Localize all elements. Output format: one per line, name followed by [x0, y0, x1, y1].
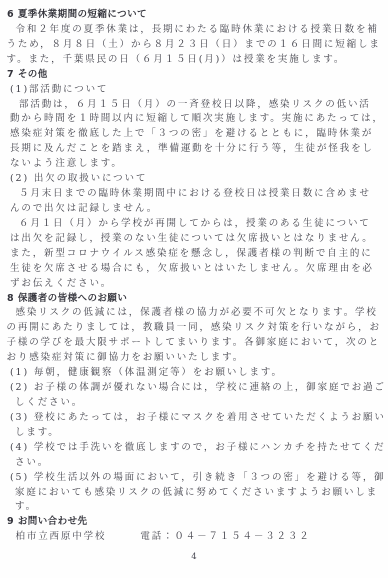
text-line: (1) 毎朝，健康観察（体温測定等）をお願いします。 — [0, 366, 388, 381]
page-number: 4 — [0, 552, 388, 562]
text-line: 家庭においても感染リスクの低減に努めてくださいますようお願いしま — [0, 486, 388, 501]
document-body: 6 夏季休業期間の短縮について令和２年度の夏季休業は，長期にわたる臨時休業におけ… — [0, 8, 388, 545]
text-line: ないよう注意します。 — [0, 157, 388, 172]
text-line: 感染症対策を徹底した上で「３つの密」を避けるとともに，臨時休業が — [0, 127, 388, 142]
text-line: うため，８月８日（土）から８月２３日（日）までの１６日間に短縮しま — [0, 38, 388, 53]
text-line: (3) 登校にあたっては，お子様にマスクを着用させていただくようお願い — [0, 411, 388, 426]
text-line: おり感染症対策に御協力をお願いいたします。 — [0, 351, 388, 366]
text-line: します。 — [0, 426, 388, 441]
text-line: (1)部活動について — [0, 83, 388, 98]
text-line: しください。 — [0, 396, 388, 411]
text-line: 6 夏季休業期間の短縮について — [0, 8, 388, 23]
text-line: 8 保護者の皆様へのお願い — [0, 292, 388, 307]
text-line: (2) 出欠の取扱いについて — [0, 172, 388, 187]
text-line: また，新型コロナウイルス感染症を懸念し，保護者様の判断で自主的に — [0, 247, 388, 262]
text-line: 7 その他 — [0, 68, 388, 83]
text-line: 令和２年度の夏季休業は，長期にわたる臨時休業における授業日数を補 — [0, 23, 388, 38]
document-page: 6 夏季休業期間の短縮について令和２年度の夏季休業は，長期にわたる臨時休業におけ… — [0, 0, 388, 578]
text-line: んので出欠は記録しません。 — [0, 202, 388, 217]
text-line: す。また，千葉県民の日（６月１５日(月)）は授業を実施します。 — [0, 53, 388, 68]
text-line: 部活動は，６月１５日（月）の一斉登校日以降，感染リスクの低い活 — [0, 98, 388, 113]
text-line: (5) 学校生活以外の場面において，引き続き「３つの密」を避ける等，御 — [0, 471, 388, 486]
text-line: 長期に及んだことを踏まえ，準備運動を十分に行う等，生徒が怪我をし — [0, 142, 388, 157]
text-line: さい。 — [0, 456, 388, 471]
text-line: す。 — [0, 500, 388, 515]
text-line: 感染リスクの低減には，保護者様の協力が必要不可欠となります。学校 — [0, 306, 388, 321]
text-line: ずお伝えください。 — [0, 277, 388, 292]
text-line: の再開にあたりましては，教職員一同，感染リスク対策を行いながら，お — [0, 321, 388, 336]
text-line: 9 お問い合わせ先 — [0, 515, 388, 530]
text-line: は出欠を記録し，授業のない生徒については欠席扱いとはなりません。 — [0, 232, 388, 247]
text-line: ６月１日（月）から学校が再開してからは，授業のある生徒について — [0, 217, 388, 232]
text-line: 子様の学びを最大限サポートしてまいります。各御家庭において，次のと — [0, 336, 388, 351]
text-line: (4) 学校では手洗いを徹底しますので，お子様にハンカチを持たせてくだ — [0, 441, 388, 456]
text-line: 柏市立西原中学校 電話：０４－７１５４－３２３２ — [0, 530, 388, 545]
text-line: 動から時間を１時間以内に短縮して順次実施します。実施にあたっては， — [0, 112, 388, 127]
text-line: ５月末日までの臨時休業期間中における登校日は授業日数に含めませ — [0, 187, 388, 202]
text-line: 生徒を欠席させる場合にも，欠席扱いとはいたしません。欠席理由を必 — [0, 262, 388, 277]
text-line: (2) お子様の体調が優れない場合には，学校に連絡の上，御家庭でお過ご — [0, 381, 388, 396]
